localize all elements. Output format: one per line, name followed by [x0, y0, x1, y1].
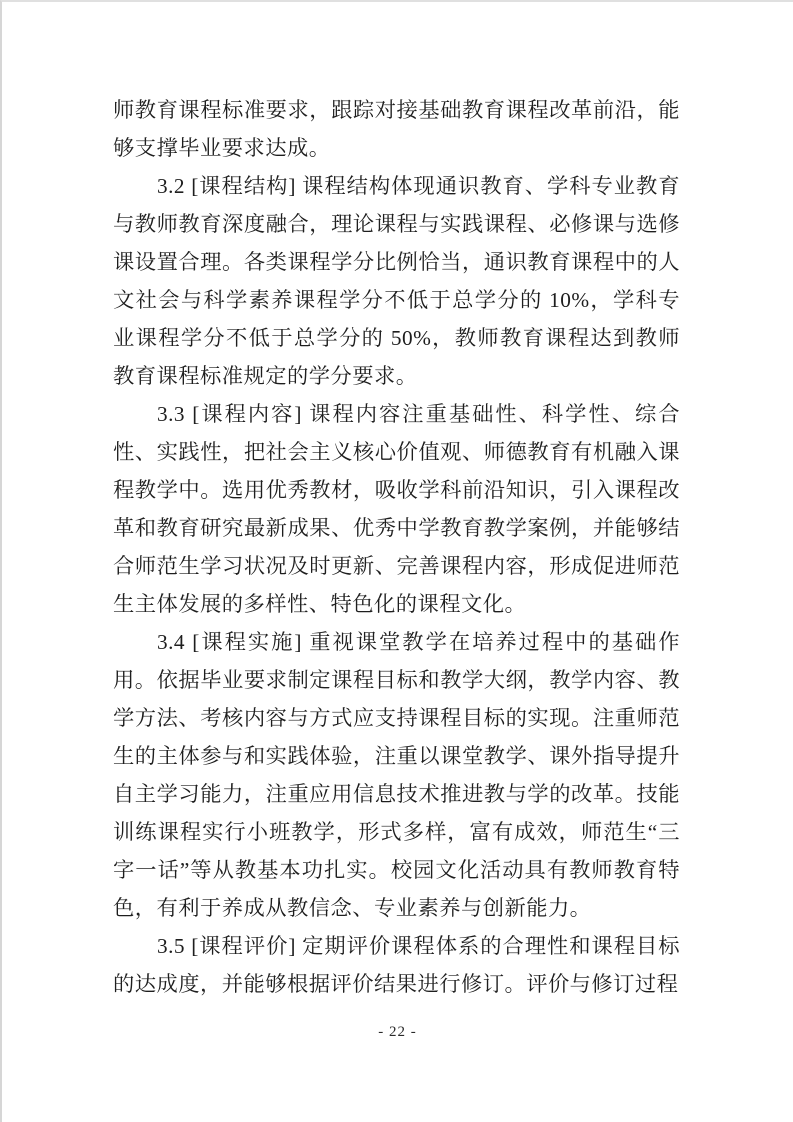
paragraph-section-3-2-course-structure: 3.2 [课程结构] 课程结构体现通识教育、学科专业教育与教师教育深度融合，理论…: [113, 167, 680, 395]
paragraph-section-3-5-course-evaluation: 3.5 [课程评价] 定期评价课程体系的合理性和课程目标的达成度，并能够根据评价…: [113, 927, 680, 1003]
paragraph-section-3-4-course-implementation: 3.4 [课程实施] 重视课堂教学在培养过程中的基础作用。依据毕业要求制定课程目…: [113, 623, 680, 927]
document-page: 师教育课程标准要求，跟踪对接基础教育课程改革前沿，能够支撑毕业要求达成。 3.2…: [0, 0, 793, 1122]
paragraph-continuation: 师教育课程标准要求，跟踪对接基础教育课程改革前沿，能够支撑毕业要求达成。: [113, 91, 680, 167]
page-body-text: 师教育课程标准要求，跟踪对接基础教育课程改革前沿，能够支撑毕业要求达成。 3.2…: [113, 91, 680, 1003]
paragraph-section-3-3-course-content: 3.3 [课程内容] 课程内容注重基础性、科学性、综合性、实践性，把社会主义核心…: [113, 395, 680, 623]
page-number: - 22 -: [2, 1024, 793, 1041]
